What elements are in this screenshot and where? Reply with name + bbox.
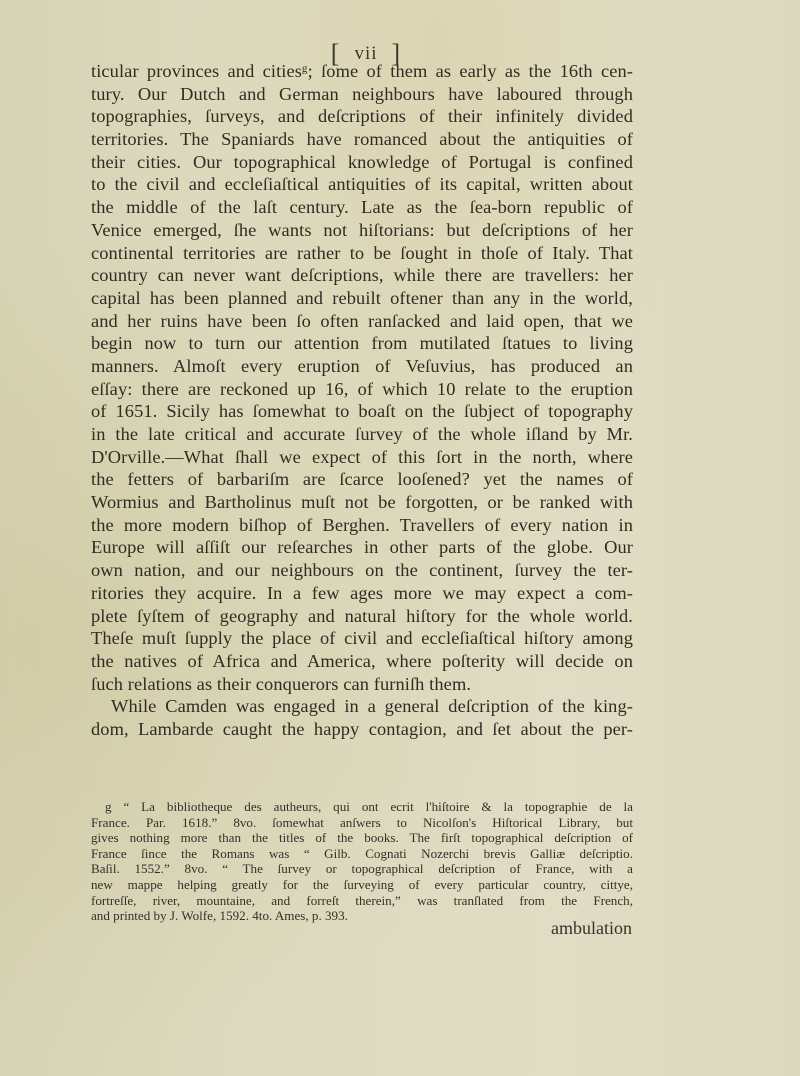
text-line: begin now to turn our attention from mut… (91, 332, 633, 355)
text-line: to the civil and eccleſiaſtical antiquit… (91, 173, 633, 196)
text-line: the middle of the laſt century. Late as … (91, 196, 633, 219)
text-line: Theſe muſt ſupply the place of civil and… (91, 627, 633, 650)
text-line: Wormius and Bartholinus muſt not be forg… (91, 491, 633, 514)
text-line: capital has been planned and rebuilt oft… (91, 287, 633, 310)
body-text: ticular provinces and citiesᵍ; ſome of t… (91, 60, 633, 741)
text-line: the fetters of barbariſm are ſcarce looſ… (91, 468, 633, 491)
footnote-line: g “ La bibliotheque des autheurs, qui on… (91, 799, 633, 815)
text-line: ticular provinces and citiesᵍ; ſome of t… (91, 60, 633, 83)
catchword: ambulation (551, 918, 632, 939)
text-line: the more modern biſhop of Berghen. Trave… (91, 514, 633, 537)
text-line-paragraph-end: ſuch relations as their conquerors can f… (91, 673, 633, 696)
text-line: Venice emerged, ſhe wants not hiſtorians… (91, 219, 633, 242)
text-line: tury. Our Dutch and German neighbours ha… (91, 83, 633, 106)
text-line: dom, Lambarde caught the happy contagion… (91, 718, 633, 741)
text-line: country can never want deſcriptions, whi… (91, 264, 633, 287)
footnotes: g “ La bibliotheque des autheurs, qui on… (91, 799, 633, 924)
text-line: territories. The Spaniards have romanced… (91, 128, 633, 151)
text-line: Europe will aſſiſt our reſearches in oth… (91, 536, 633, 559)
book-page: [vii] ticular provinces and citiesᵍ; ſom… (0, 0, 800, 1076)
text-line: own nation, and our neighbours on the co… (91, 559, 633, 582)
footnote-line: France. Par. 1618.” 8vo. ſomewhat anſwer… (91, 815, 633, 831)
footnote-line: France ſince the Romans was “ Gilb. Cogn… (91, 846, 633, 862)
text-line: in the late critical and accurate ſurvey… (91, 423, 633, 446)
text-line: the natives of Africa and America, where… (91, 650, 633, 673)
footnote-line: gives nothing more than the titles of th… (91, 830, 633, 846)
footnote-line: fortreſſe, river, mountaine, and forreſt… (91, 893, 633, 909)
text-line: and her ruins have been ſo often ranſack… (91, 310, 633, 333)
text-line: plete ſyſtem of geography and natural hi… (91, 605, 633, 628)
footnote-line: new mappe helping greatly for the ſurvey… (91, 877, 633, 893)
text-line: manners. Almoſt every eruption of Veſuvi… (91, 355, 633, 378)
text-line: continental territories are rather to be… (91, 242, 633, 265)
footnote-line: Baſil. 1552.” 8vo. “ The ſurvey or topog… (91, 861, 633, 877)
text-line: their cities. Our topographical knowledg… (91, 151, 633, 174)
text-line: eſſay: there are reckoned up 16, of whic… (91, 378, 633, 401)
text-line-paragraph-start: While Camden was engaged in a general de… (91, 695, 633, 718)
text-line: D'Orville.—What ſhall we expect of this … (91, 446, 633, 469)
text-line: ritories they acquire. In a few ages mor… (91, 582, 633, 605)
text-line: of 1651. Sicily has ſomewhat to boaſt on… (91, 400, 633, 423)
text-line: topographies, ſurveys, and deſcriptions … (91, 105, 633, 128)
